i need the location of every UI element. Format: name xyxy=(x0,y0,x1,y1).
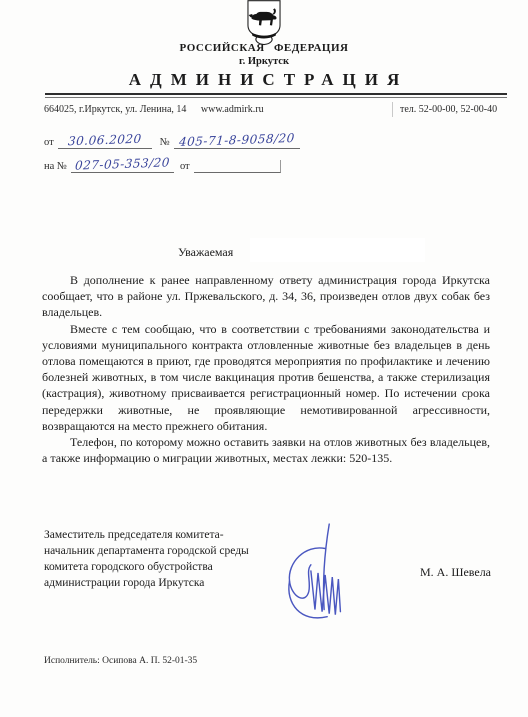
handwritten-date: 30.06.2020 xyxy=(67,132,142,149)
scanned-letter-page: РОССИЙСКАЯ ФЕДЕРАЦИЯ г. Иркутск АДМИНИСТ… xyxy=(0,0,528,717)
ref-reply-date-field xyxy=(194,160,281,173)
signer-name: М. А. Шевела xyxy=(420,565,491,580)
address-text: 664025, г.Иркутск, ул. Ленина, 14 xyxy=(44,104,186,115)
handwritten-number: 405-71-8-9058/20 xyxy=(178,131,295,149)
ref-reply-from-label: от xyxy=(180,161,190,173)
paragraph-3: Телефон, по которому можно оставить заяв… xyxy=(42,434,490,466)
ref-reply-label: на № xyxy=(44,161,67,173)
header-country: РОССИЙСКАЯ ФЕДЕРАЦИЯ xyxy=(0,42,528,54)
ref-from-label: от xyxy=(44,137,54,149)
paragraph-2: Вместе с тем сообщаю, что в соответствии… xyxy=(42,321,490,434)
signer-position-line: комитета городского обустройства xyxy=(44,559,249,575)
signer-position-line: Заместитель председателя комитета- xyxy=(44,527,249,543)
reference-line-outgoing: от 30.06.2020 № 405-71-8-9058/20 xyxy=(44,133,300,149)
ref-number-field: 405-71-8-9058/20 xyxy=(174,133,300,149)
signer-position: Заместитель председателя комитета- начал… xyxy=(44,527,249,591)
header-divider xyxy=(45,93,507,98)
website-text: www.admirk.ru xyxy=(201,104,264,115)
executor-note: Исполнитель: Осипова А. П. 52-01-35 xyxy=(44,656,197,666)
signer-position-line: администрации города Иркутска xyxy=(44,575,249,591)
redacted-name-area xyxy=(250,238,425,262)
ref-reply-field: 027-05-353/20 xyxy=(71,157,174,173)
signer-position-line: начальник департамента городской среды xyxy=(44,543,249,559)
ref-date-field: 30.06.2020 xyxy=(58,133,152,149)
paragraph-1: В дополнение к ранее направленному ответ… xyxy=(42,272,490,321)
contact-address-line: 664025, г.Иркутск, ул. Ленина, 14 www.ad… xyxy=(44,104,264,115)
handwritten-reply-number: 027-05-353/20 xyxy=(74,155,170,172)
handwritten-signature-icon xyxy=(276,520,358,637)
ref-number-label: № xyxy=(160,137,170,149)
reference-line-incoming: на № 027-05-353/20 от xyxy=(44,157,281,173)
header-city: г. Иркутск xyxy=(0,56,528,67)
letter-body: В дополнение к ранее направленному ответ… xyxy=(42,272,490,466)
contact-phones: тел. 52-00-00, 52-00-40 xyxy=(392,102,497,117)
salutation: Уважаемая xyxy=(178,245,233,260)
header-org-title: АДМИНИСТРАЦИЯ xyxy=(0,70,528,90)
